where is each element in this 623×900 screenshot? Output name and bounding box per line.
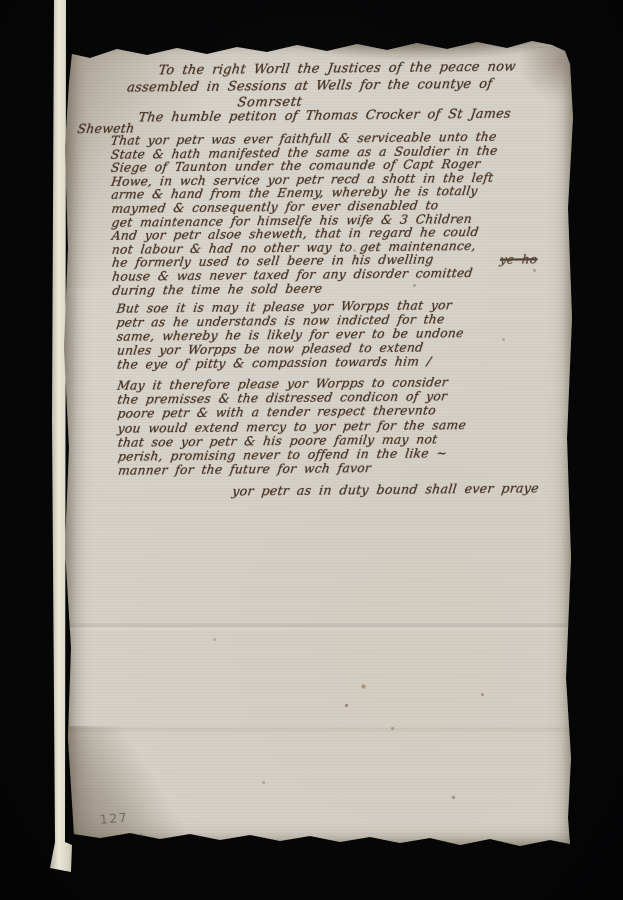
- folio-number: 127: [99, 810, 128, 827]
- folio-pencil-mark: x x: [129, 831, 146, 839]
- address-heading: To the right Worll the Justices of the p…: [102, 59, 572, 113]
- petition-paragraph-3: May it therefore please yor Worpps to co…: [117, 375, 466, 478]
- struck-out-word: ye ho: [499, 252, 538, 266]
- manuscript-line: the eye of pitty & compassion towards hi…: [116, 355, 465, 373]
- petition-paragraph-1: That yor petr was ever faithfull & servi…: [111, 131, 499, 298]
- manuscript-line: during the time he sold beere: [111, 280, 499, 298]
- handwritten-text-layer: To the right Worll the Justices of the p…: [62, 33, 582, 848]
- manuscript-line: manner for the future for wch favor: [117, 460, 467, 478]
- closing-prayer-line: yor petr as in duty bound shall ever pra…: [231, 480, 539, 498]
- petition-title-line: The humble petiton of Thomas Crocker of …: [137, 107, 511, 126]
- petition-paragraph-2: But soe it is may it please yor Worpps t…: [116, 299, 464, 372]
- manuscript-page: To the right Worll the Justices of the p…: [62, 38, 574, 848]
- archival-photograph: To the right Worll the Justices of the p…: [0, 0, 623, 900]
